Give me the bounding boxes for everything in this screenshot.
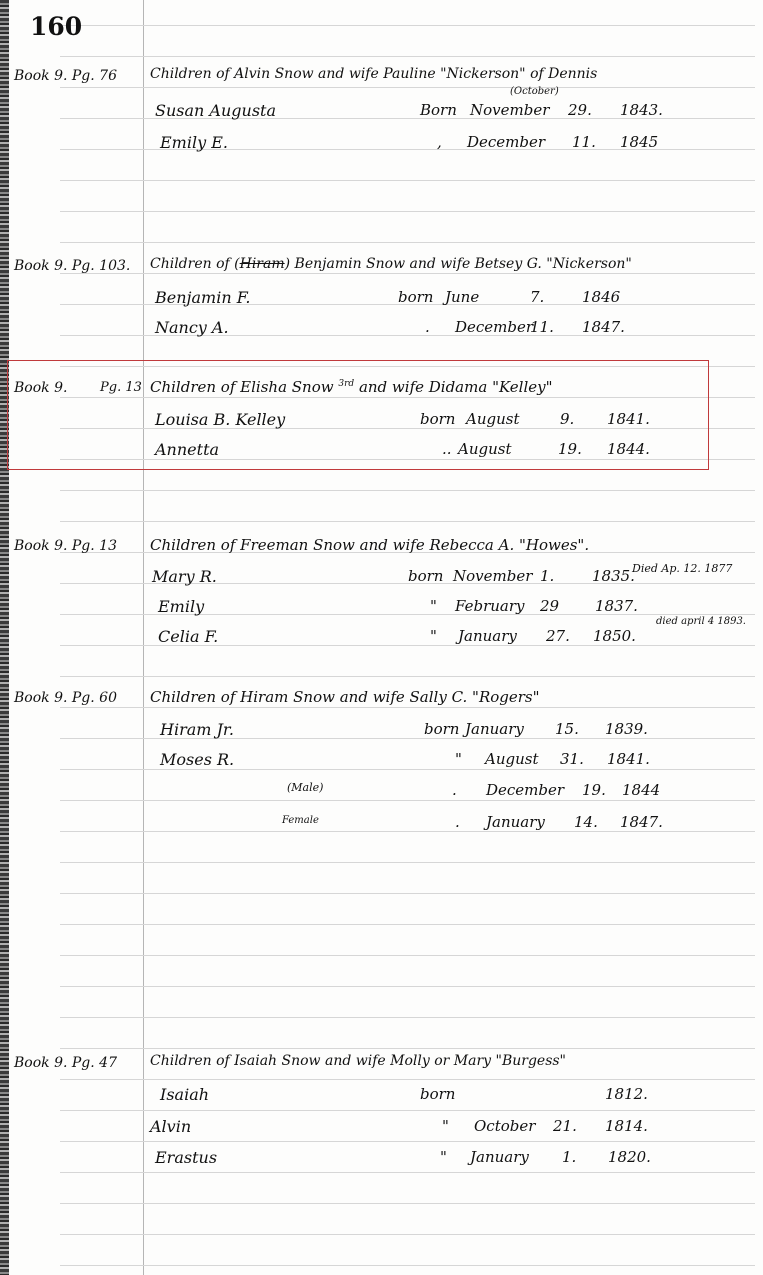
birth-year: 1841. [607,410,650,428]
birth-month: June [445,288,479,306]
birth-year: 1841. [607,750,650,768]
child-name: Annetta [155,440,219,459]
birth-month: January [486,813,545,831]
ruled-line [60,1141,755,1142]
birth-day: 21. [553,1117,577,1135]
born-label: . [455,813,460,831]
entry-title: Children of (Hiram) Benjamin Snow and wi… [150,256,632,272]
ledger-page: 160 Book 9. Pg. 76 Children of Alvin Sno… [0,0,763,1275]
book-reference: Book 9. Pg. 60 [14,690,117,706]
child-name: Mary R. [152,567,217,586]
birth-year: 1812. [605,1085,648,1103]
ruled-line [60,955,755,956]
birth-day: 1. [562,1148,576,1166]
child-name: Female [282,815,319,826]
ruled-line [60,1079,755,1080]
ruled-line [60,1048,755,1049]
born-label: . [425,318,430,336]
born-label: " [455,750,462,768]
birth-month: January [458,627,517,645]
title-superscript: 3rd [338,379,354,389]
birth-month: February [455,597,525,615]
birth-month: August [485,750,538,768]
born-label: born [420,1085,455,1103]
birth-year: 1843. [620,101,663,119]
birth-day: 7. [530,288,544,306]
page-number: 160 [30,12,82,41]
ruled-line [60,893,755,894]
birth-day: 14. [574,813,598,831]
birth-month: November [470,101,549,119]
child-name: Emily E. [160,133,228,152]
born-label: born [408,567,443,585]
birth-day: 29. [568,101,592,119]
child-name: Emily [158,597,204,616]
ruled-line [60,1172,755,1173]
born-label: " [442,1117,449,1135]
entry-title: Children of Freeman Snow and wife Rebecc… [150,536,589,554]
page-reference: Pg. 13 [100,380,142,395]
child-name: Hiram Jr. [160,720,234,739]
ruled-line [60,242,755,243]
child-name: Nancy A. [155,318,229,337]
page-binding-edge [0,0,9,1275]
child-name: Alvin [150,1117,191,1136]
book-reference: Book 9. Pg. 47 [14,1055,117,1071]
child-name: Moses R. [160,750,234,769]
ruled-line [60,56,755,57]
title-suffix: ) Benjamin Snow and wife Betsey G. "Nick… [285,256,632,272]
book-reference: Book 9. Pg. 13 [14,538,117,554]
birth-month: December [467,133,545,151]
born-label: Born [420,101,457,119]
struck-name: Hiram [240,256,285,272]
ruled-line [60,986,755,987]
born-label: born [398,288,433,306]
birth-year: 1844. [607,440,650,458]
death-note: Died Ap. 12. 1877 [632,562,732,575]
birth-day: 15. [555,720,579,738]
birth-year: 1846 [582,288,620,306]
ruled-line [60,1110,755,1111]
death-note: died april 4 1893. [656,616,756,628]
ruled-line [60,490,755,491]
ruled-line [60,521,755,522]
child-name: (Male) [287,781,323,794]
birth-year: 1839. [605,720,648,738]
ruled-line [60,1265,755,1266]
birth-day: 11. [572,133,596,151]
ruled-line [60,25,755,26]
birth-year: 1837. [595,597,638,615]
birth-year: 1814. [605,1117,648,1135]
entry-title: Children of Alvin Snow and wife Pauline … [150,66,597,82]
ruled-line [60,180,755,181]
birth-month: December [486,781,564,799]
title-suffix: and wife Didama "Kelley" [359,378,553,396]
ruled-line [60,87,755,88]
birth-month: November [453,567,532,585]
ruled-line [60,707,755,708]
correction-note: (October) [510,86,559,97]
birth-year: 1835. [592,567,635,585]
birth-year: 1820. [608,1148,651,1166]
birth-month: December [455,318,533,336]
birth-month: January [465,720,524,738]
birth-day: 19. [558,440,582,458]
highlighted-entry-box [7,360,709,470]
birth-year: 1844 [622,781,660,799]
born-label: " [430,627,437,645]
book-reference: Book 9. Pg. 103. [14,258,130,274]
child-name: Isaiah [160,1085,209,1104]
entry-title: Children of Elisha Snow 3rd and wife Did… [150,378,553,396]
child-name: Celia F. [158,627,218,646]
ruled-line [60,1017,755,1018]
ruled-line [60,676,755,677]
born-label: " [440,1148,447,1166]
ruled-line [60,800,755,801]
book-reference: Book 9. Pg. 76 [14,68,117,84]
birth-year: 1847. [582,318,625,336]
birth-day: 11. [530,318,554,336]
entry-title: Children of Hiram Snow and wife Sally C.… [150,688,540,706]
title-prefix: Children of ( [150,256,240,272]
birth-day: 29 [540,597,559,615]
child-name: Erastus [155,1148,217,1167]
birth-month: January [470,1148,529,1166]
birth-day: 9. [560,410,574,428]
child-name: Susan Augusta [155,101,276,120]
ruled-line [60,831,755,832]
ruled-line [60,769,755,770]
birth-month: August [458,440,511,458]
birth-year: 1847. [620,813,663,831]
ruled-line [60,862,755,863]
born-label: .. [442,440,452,458]
birth-month: October [474,1117,535,1135]
ruled-line [60,1203,755,1204]
entry-title: Children of Isaiah Snow and wife Molly o… [150,1053,566,1069]
born-label: , [437,133,442,151]
margin-rule [143,0,144,1275]
child-name: Benjamin F. [155,288,250,307]
born-label: " [430,597,437,615]
born-label: born [420,410,455,428]
book-reference: Book 9. [14,380,67,396]
child-name: Louisa B. Kelley [155,410,285,429]
born-label: born [424,720,459,738]
birth-day: 19. [582,781,606,799]
ruled-line [60,924,755,925]
birth-day: 31. [560,750,584,768]
ruled-line [60,211,755,212]
ruled-line [60,1234,755,1235]
birth-day: 27. [546,627,570,645]
birth-day: 1. [540,567,554,585]
birth-month: August [466,410,519,428]
title-prefix: Children of Elisha Snow [150,378,334,396]
born-label: . [452,781,457,799]
birth-year: 1850. [593,627,636,645]
ruled-line [60,273,755,274]
birth-year: 1845 [620,133,658,151]
